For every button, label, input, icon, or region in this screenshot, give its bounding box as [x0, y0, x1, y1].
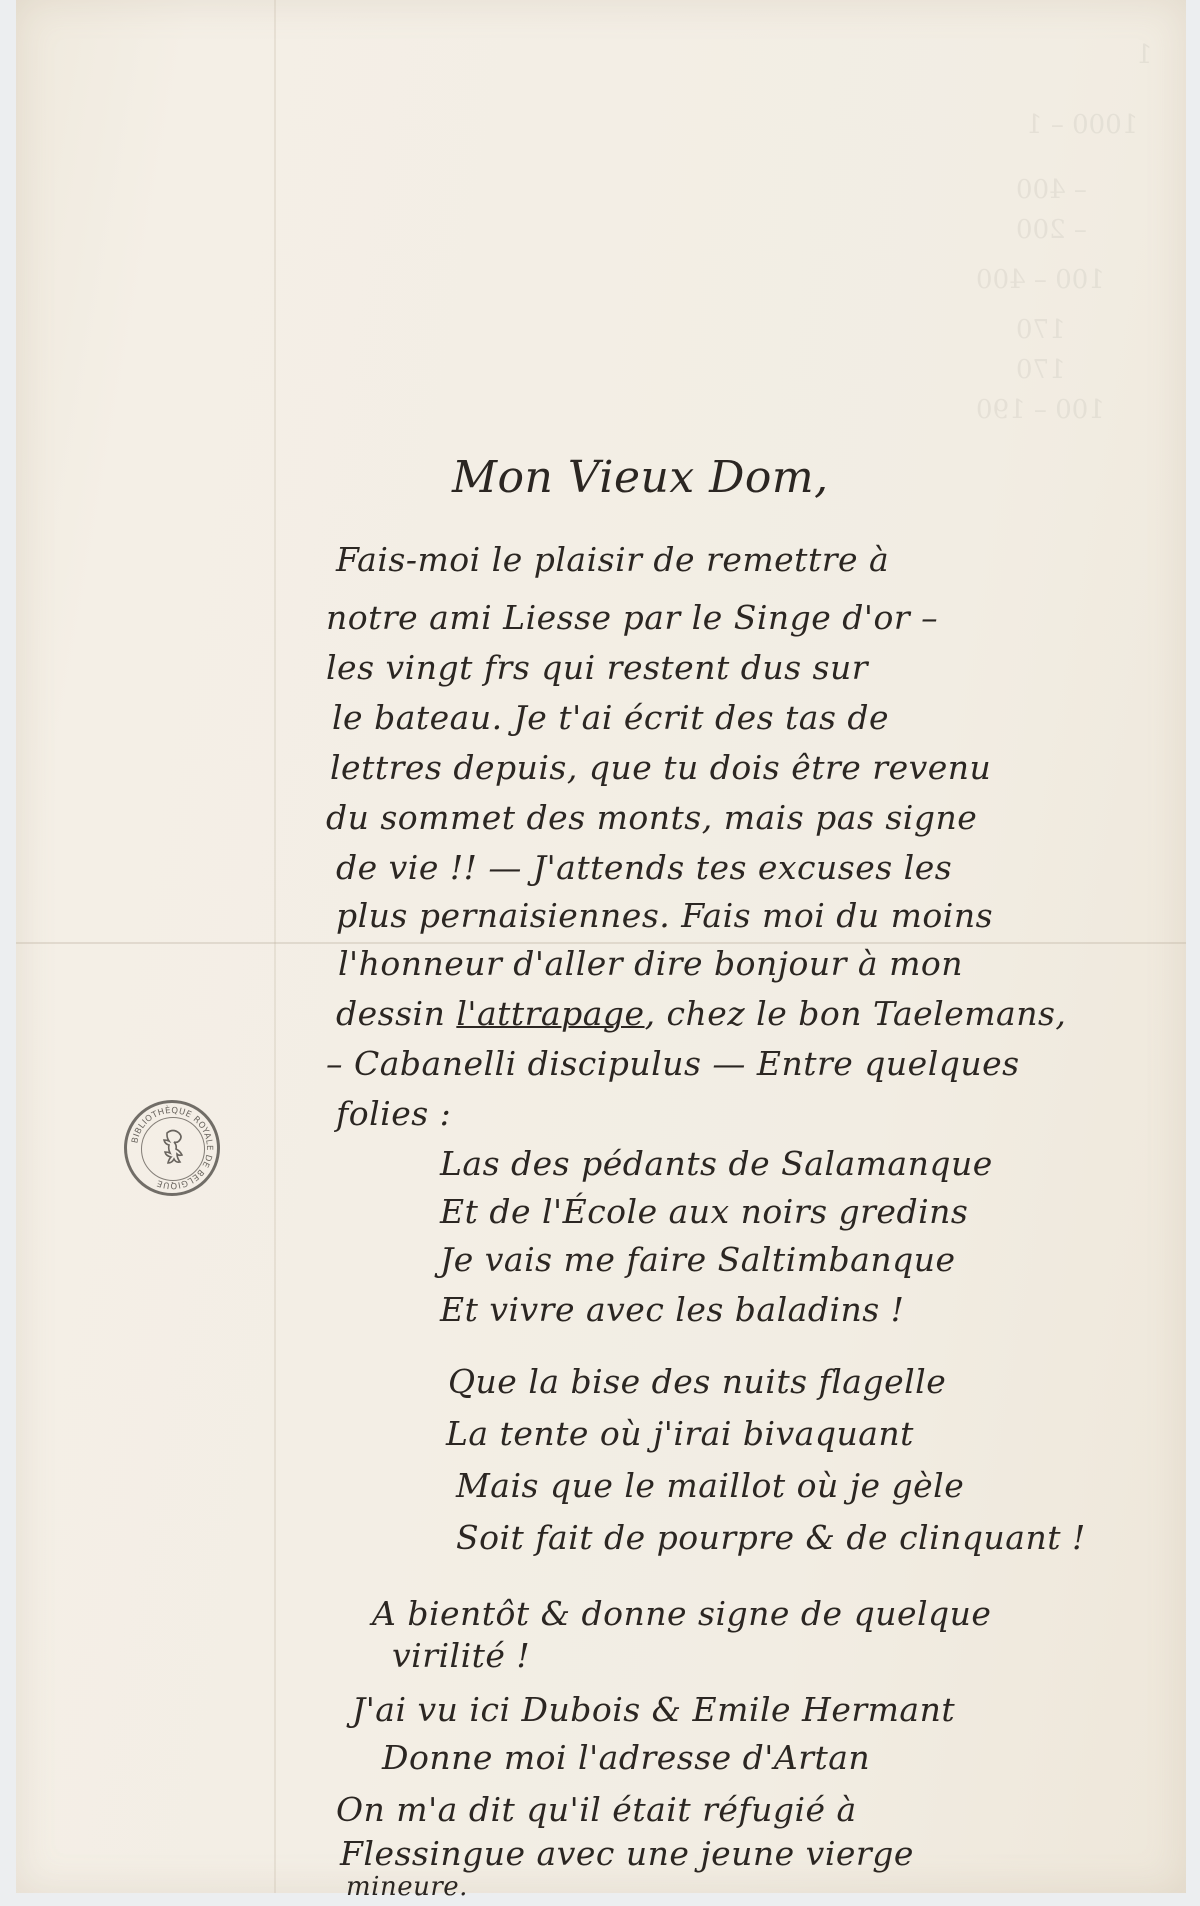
body-line: folies :: [336, 1094, 451, 1133]
closing-line: virilité !: [392, 1636, 530, 1675]
body-line: l'honneur d'aller dire bonjour à mon: [338, 944, 963, 983]
postscript-line: Flessingue avec une jeune vierge: [340, 1834, 914, 1873]
library-stamp: BIBLIOTHÈQUE ROYALE DE BELGIQUE: [124, 1100, 220, 1196]
postscript-line: On m'a dit qu'il était réfugié à: [336, 1790, 857, 1829]
show-through-text: – 400: [1016, 175, 1087, 205]
lion-rampant-icon: [155, 1127, 191, 1169]
body-line: le bateau. Je t'ai écrit des tas de: [332, 698, 889, 737]
verse-line: Je vais me faire Saltimbanque: [440, 1240, 956, 1279]
body-line: du sommet des monts, mais pas signe: [326, 798, 977, 837]
postscript-line: J'ai vu ici Dubois & Emile Hermant: [352, 1690, 955, 1729]
body-line: lettres depuis, que tu dois être revenu: [330, 748, 991, 787]
show-through-text: 170: [1016, 355, 1066, 385]
verse-line: Soit fait de pourpre & de clinquant !: [456, 1518, 1086, 1557]
verse-line: La tente où j'irai bivaquant: [446, 1414, 914, 1453]
postscript-line: Donne moi l'adresse d'Artan: [382, 1738, 870, 1777]
postscript-line: mineure.: [346, 1872, 468, 1902]
underlined-drawing-title: l'attrapage: [456, 994, 644, 1033]
show-through-text: 1000 – 1: [1026, 110, 1138, 140]
verse-line: Et de l'École aux noirs gredins: [440, 1192, 968, 1231]
body-line: Fais-moi le plaisir de remettre à: [336, 540, 889, 579]
show-through-text: 100 – 190: [976, 395, 1105, 425]
show-through-text: 170: [1016, 315, 1066, 345]
verse-line: Mais que le maillot où je gèle: [456, 1466, 964, 1505]
body-line: de vie !! — J'attends tes excuses les: [336, 848, 952, 887]
body-line: plus pernaisiennes. Fais moi du moins: [336, 896, 993, 935]
closing-line: A bientôt & donne signe de quelque: [372, 1594, 991, 1633]
verse-line: Las des pédants de Salamanque: [440, 1144, 993, 1183]
body-line: notre ami Liesse par le Singe d'or –: [326, 598, 938, 637]
document-scan: 1 1000 – 1 – 400 – 200 100 – 400 170 170…: [0, 0, 1200, 1906]
show-through-text: 100 – 400: [976, 265, 1105, 295]
show-through-text: – 200: [1016, 215, 1087, 245]
verse-line: Que la bise des nuits flagelle: [448, 1362, 946, 1401]
vertical-fold-crease: [274, 0, 276, 1893]
body-line: les vingt frs qui restent dus sur: [326, 648, 868, 687]
body-line: – Cabanelli discipulus — Entre quelques: [326, 1044, 1020, 1083]
salutation: Mon Vieux Dom,: [452, 452, 829, 503]
body-line-with-underlined-title: dessin l'attrapage, chez le bon Taeleman…: [336, 994, 1066, 1033]
verse-line: Et vivre avec les baladins !: [440, 1290, 904, 1329]
show-through-text: 1: [1136, 40, 1153, 70]
